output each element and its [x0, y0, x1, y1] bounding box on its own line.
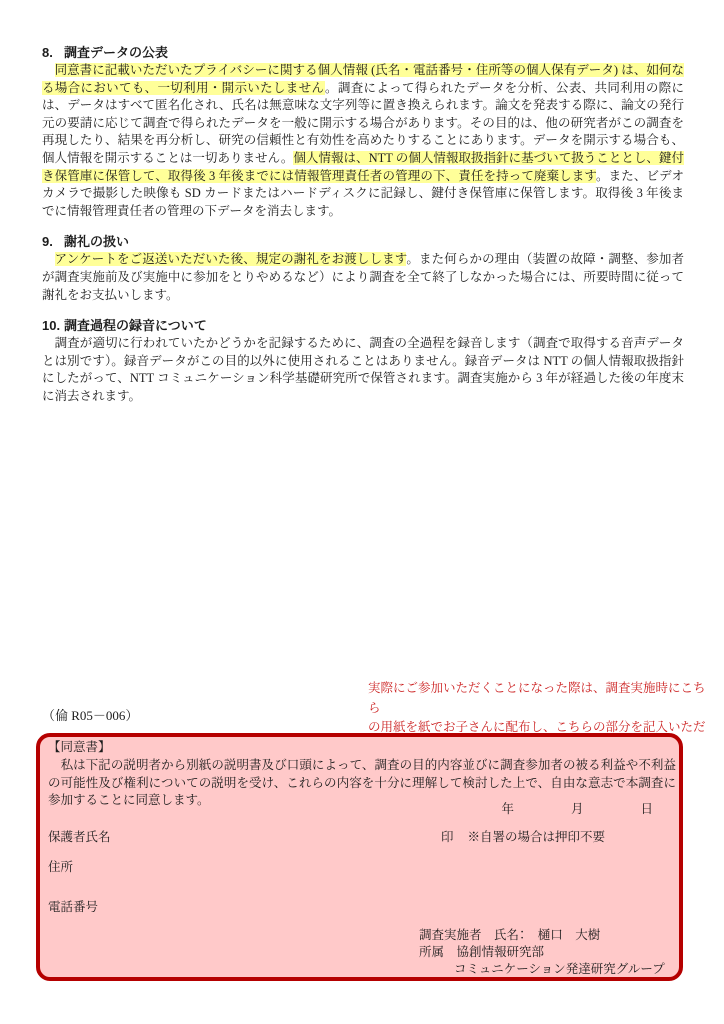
consent-form-box: 【同意書】 私は下記の説明者から別紙の説明書及び口頭によって、調査の目的内容並び…	[36, 733, 683, 981]
year-label: 年	[501, 801, 514, 819]
section-data-publication: 8.調査データの公表 同意書に記載いただいたプライバシーに関する個人情報 (氏名…	[42, 44, 684, 220]
terms-sections: 8.調査データの公表 同意書に記載いただいたプライバシーに関する個人情報 (氏名…	[42, 44, 684, 419]
guardian-name-label: 保護者氏名	[48, 830, 111, 844]
section-title: 謝礼の扱い	[64, 234, 129, 249]
researcher-group-line: コミュニケーション発達研究グループ	[419, 961, 665, 978]
section-body: アンケートをご返送いただいた後、規定の謝礼をお渡しします。また何らかの理由（装置…	[42, 251, 684, 304]
researcher-name-line: 調査実施者 氏名： 樋口 大樹	[419, 927, 665, 944]
section-body: 同意書に記載いただいたプライバシーに関する個人情報 (氏名・電話番号・住所等の個…	[42, 62, 684, 220]
month-label: 月	[571, 801, 584, 819]
section-title: 調査過程の録音について	[64, 318, 207, 333]
section-body: 調査が適切に行われていたかどうかを記録するために、調査の全過程を録音します（調査…	[42, 335, 684, 405]
day-label: 日	[640, 801, 653, 819]
guardian-name-row: 保護者氏名 印※自署の場合は押印不要	[48, 829, 671, 847]
section-audio-recording: 10.調査過程の録音について 調査が適切に行われていたかどうかを記録するために、…	[42, 317, 684, 405]
section-heading: 8.調査データの公表	[42, 44, 684, 61]
phone-label: 電話番号	[48, 900, 98, 914]
consent-box-title: 【同意書】	[48, 739, 111, 757]
researcher-affiliation-line: 所属 協創情報研究部	[419, 944, 665, 961]
section-number: 10.	[42, 317, 64, 334]
document-page: 8.調査データの公表 同意書に記載いただいたプライバシーに関する個人情報 (氏名…	[0, 0, 724, 1024]
section-heading: 10.調査過程の録音について	[42, 317, 684, 334]
phone-row: 電話番号	[48, 899, 98, 917]
researcher-info: 調査実施者 氏名： 樋口 大樹 所属 協創情報研究部 コミュニケーション発達研究…	[419, 927, 665, 978]
seal-area: 印※自署の場合は押印不要	[441, 829, 605, 847]
section-title: 調査データの公表	[64, 45, 168, 60]
address-label: 住所	[48, 860, 73, 874]
section-number: 8.	[42, 44, 64, 61]
seal-label: 印	[441, 830, 454, 844]
section-number: 9.	[42, 233, 64, 250]
section-reward-handling: 9.謝礼の扱い アンケートをご返送いただいた後、規定の謝礼をお渡しします。また何…	[42, 233, 684, 304]
section-heading: 9.謝礼の扱い	[42, 233, 684, 250]
date-line: 年 月 日	[40, 801, 653, 819]
ethics-approval-code: （倫 R05－006）	[42, 707, 138, 724]
address-row: 住所	[48, 859, 73, 877]
seal-note: ※自署の場合は押印不要	[468, 830, 606, 844]
